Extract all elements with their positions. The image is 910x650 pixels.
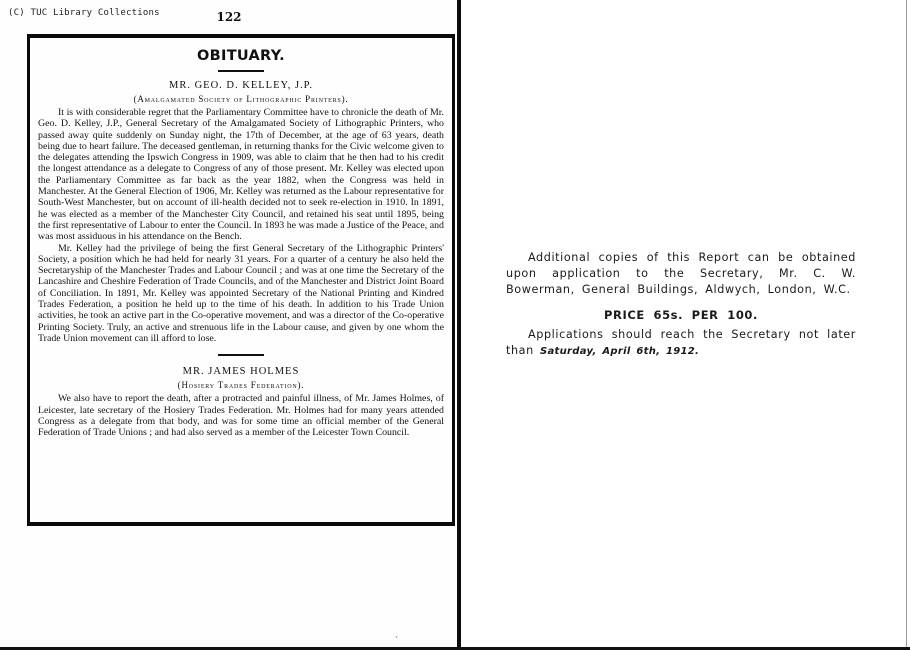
page-edge xyxy=(906,0,907,650)
entry-society: (Hosiery Trades Federation). xyxy=(36,380,446,390)
page-number: 122 xyxy=(0,10,458,24)
applications-text: Applications should reach the Secretary … xyxy=(506,327,856,360)
price-line: PRICE 65s. PER 100. xyxy=(506,307,856,323)
entry-paragraph: We also have to report the death, after … xyxy=(36,393,446,438)
report-copies-notice: Additional copies of this Report can be … xyxy=(506,250,856,360)
entry-name: MR. JAMES HOLMES xyxy=(36,366,446,377)
obituary-entry-kelley: MR. GEO. D. KELLEY, J.P. (Amalgamated So… xyxy=(36,80,446,344)
entry-name: MR. GEO. D. KELLEY, J.P. xyxy=(36,80,446,91)
entry-paragraph: It is with considerable regret that the … xyxy=(36,107,446,243)
book-spread: (C) TUC Library Collections 122 OBITUARY… xyxy=(0,0,910,650)
obituary-frame: OBITUARY. MR. GEO. D. KELLEY, J.P. (Amal… xyxy=(27,34,455,526)
deadline-date: Saturday, April 6th, 1912. xyxy=(540,346,699,357)
paper-speck: ˎ xyxy=(395,628,398,639)
title-divider xyxy=(218,70,264,72)
copies-text: Additional copies of this Report can be … xyxy=(506,250,856,298)
entry-paragraph: Mr. Kelley had the privilege of being th… xyxy=(36,243,446,345)
entry-society: (Amalgamated Society of Lithographic Pri… xyxy=(36,94,446,104)
left-page: (C) TUC Library Collections 122 OBITUARY… xyxy=(0,0,458,650)
obituary-title: OBITUARY. xyxy=(36,48,446,64)
entry-divider xyxy=(218,354,264,356)
obituary-entry-holmes: MR. JAMES HOLMES (Hosiery Trades Federat… xyxy=(36,366,446,438)
